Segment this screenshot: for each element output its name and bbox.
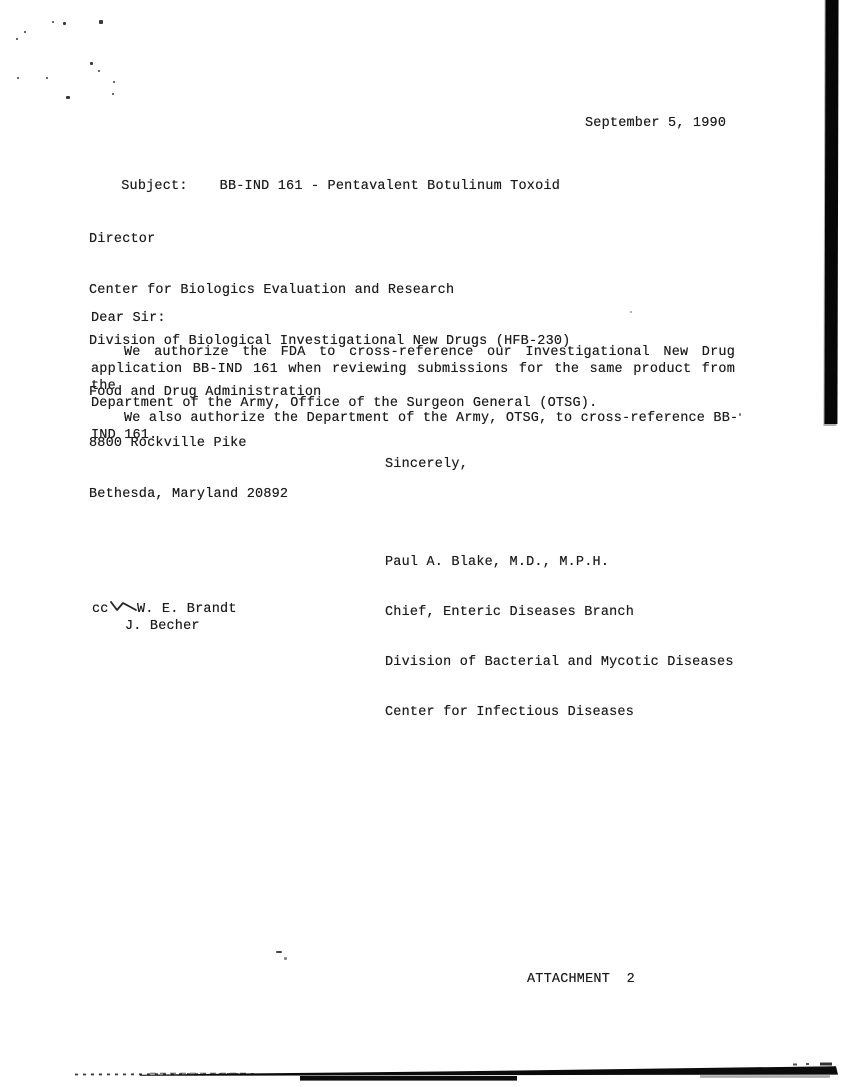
body-line: application BB-IND 161 when reviewing su…	[91, 361, 735, 395]
body-paragraph-1: We authorize the FDA to cross-reference …	[91, 344, 735, 412]
scan-speck	[46, 77, 48, 79]
scanned-letter-page: September 5, 1990 Subject:BB-IND 161 - P…	[0, 0, 850, 1087]
signature-block: Paul A. Blake, M.D., M.P.H. Chief, Enter…	[385, 522, 734, 754]
scan-speck	[112, 93, 114, 95]
body-paragraph-2: We also authorize the Department of the …	[91, 410, 743, 444]
signer-title: Chief, Enteric Diseases Branch	[385, 605, 734, 622]
scan-speck	[17, 77, 19, 79]
subject-label: Subject:	[121, 179, 187, 194]
salutation: Dear Sir:	[91, 311, 166, 326]
scan-speck	[113, 81, 115, 83]
scan-speck	[276, 951, 282, 953]
cc-name: J. Becher	[125, 619, 200, 634]
handwritten-checkmark-icon	[108, 597, 138, 615]
scan-speck	[90, 62, 93, 65]
closing: Sincerely,	[385, 457, 468, 472]
signer-center: Center for Infectious Diseases	[385, 705, 734, 722]
scan-speck	[66, 96, 70, 99]
scan-speck	[52, 21, 54, 23]
scan-speck	[24, 31, 26, 33]
attachment-label: ATTACHMENT 2	[527, 972, 635, 987]
signer-division: Division of Bacterial and Mycotic Diseas…	[385, 655, 734, 672]
recipient-line: Bethesda, Maryland 20892	[89, 486, 570, 503]
recipient-line: Center for Biologics Evaluation and Rese…	[89, 282, 570, 299]
scan-speck	[63, 22, 66, 25]
signer-name: Paul A. Blake, M.D., M.P.H.	[385, 555, 734, 572]
scan-speck	[99, 20, 103, 24]
cc-label: cc	[92, 602, 109, 617]
body-line: IND 161.	[91, 427, 743, 444]
scan-speck	[98, 70, 100, 72]
recipient-line: Director	[89, 231, 570, 248]
body-line: We authorize the FDA to cross-reference …	[91, 344, 735, 361]
scan-artifact-right-bar	[824, 0, 838, 424]
scan-speck	[284, 957, 287, 960]
letter-date: September 5, 1990	[585, 116, 726, 131]
scan-speck	[630, 311, 632, 313]
scan-artifact-bottom-line	[0, 1060, 850, 1087]
body-line: We also authorize the Department of the …	[91, 410, 743, 427]
cc-name: W. E. Brandt	[137, 602, 237, 617]
subject-value: BB-IND 161 - Pentavalent Botulinum Toxoi…	[220, 179, 560, 194]
scan-speck	[16, 38, 18, 40]
